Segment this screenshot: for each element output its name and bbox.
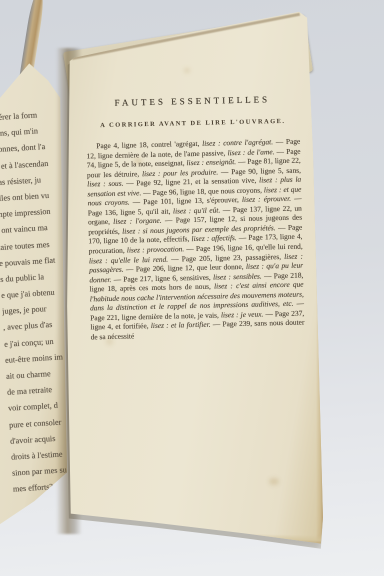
- deckle-edge-right: [316, 8, 324, 550]
- foxing-spot: [184, 68, 190, 73]
- errata-paragraph: Page 4, ligne 18, contrel 'agrégat, lise…: [86, 137, 304, 342]
- page-top-edge: [72, 13, 300, 60]
- book-photo: altérer la formtions, qui m'inrsonnes, d…: [0, 0, 384, 576]
- page-text-block: FAUTES ESSENTIELLES A CORRIGER AVANT DE …: [85, 94, 304, 342]
- errata-subtitle: A CORRIGER AVANT DE LIRE L'OUVRAGE.: [86, 118, 300, 130]
- foxing-spot: [269, 478, 279, 485]
- errata-page: FAUTES ESSENTIELLES A CORRIGER AVANT DE …: [64, 8, 324, 550]
- errata-title: FAUTES ESSENTIELLES: [85, 94, 299, 109]
